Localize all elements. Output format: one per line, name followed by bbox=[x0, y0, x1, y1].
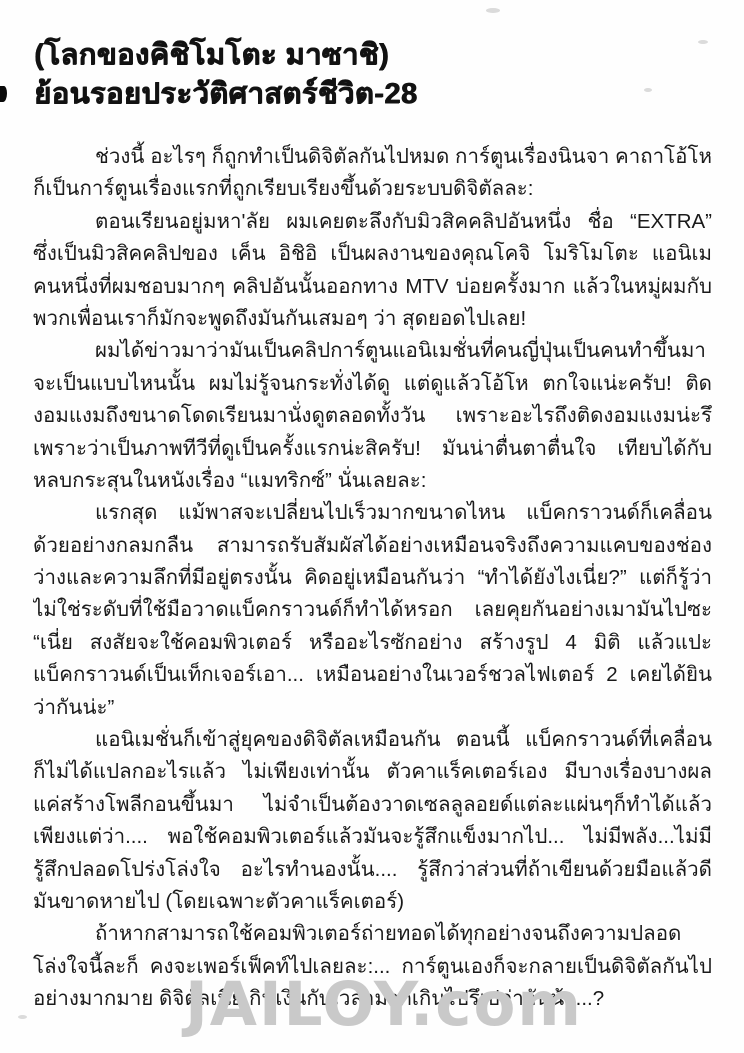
scan-speck bbox=[644, 88, 652, 92]
text-line: เพราะว่าเป็นภาพทีวีที่ดูเป็นครั้งแรกน่ะส… bbox=[33, 433, 712, 465]
text-line: คนหนึ่งที่ผมชอบมากๆ คลิปอันนั้นออกทาง MT… bbox=[33, 271, 712, 303]
text-line: แอนิเมชั่นก็เข้าสู่ยุคของดิจิตัลเหมือนกั… bbox=[33, 724, 712, 756]
text-line: แรกสุด แม้พาสจะเปลี่ยนไปเร็วมากขนาดไหน แ… bbox=[33, 497, 712, 529]
article-header: (โลกของคิชิโมโตะ มาซาชิ) ย้อนรอยประวัติศ… bbox=[34, 36, 417, 113]
scan-blot bbox=[0, 86, 7, 102]
watermark: JAILOY.com bbox=[12, 969, 744, 1040]
text-line: ตอนเรียนอยู่มหา'ลัย ผมเคยตะลึงกับมิวสิคค… bbox=[33, 206, 712, 238]
text-line: พวกเพื่อนเราก็มักจะพูดถึงมันกันเสมอๆ ว่า… bbox=[33, 303, 712, 335]
text-line: ก็ไม่ได้แปลกอะไรแล้ว ไม่เพียงเท่านั้น ตั… bbox=[33, 756, 712, 788]
text-line: ว่างและความลึกที่มีอยู่ตรงนั้น คิดอยู่เห… bbox=[33, 562, 712, 594]
text-line: งอมแงมถึงขนาดโดดเรียนมานั่งดูตลอดทั้งวัน… bbox=[33, 400, 712, 432]
text-line: ด้วยอย่างกลมกลืน สามารถรับสัมผัสได้อย่าง… bbox=[33, 530, 712, 562]
text-line: รู้สึกปลอดโปร่งโล่งใจ อะไรทำนองนั้น.... … bbox=[33, 854, 712, 886]
header-episode-title: ย้อนรอยประวัติศาสตร์ชีวิต-28 bbox=[34, 75, 417, 113]
text-line: แบ็คกราวนด์เป็นเท็กเจอร์เอา... เหมือนอย่… bbox=[33, 659, 712, 691]
scan-speck bbox=[698, 40, 708, 44]
text-line: ก็เป็นการ์ตูนเรื่องแรกที่ถูกเรียบเรียงขึ… bbox=[33, 173, 712, 205]
document-page: (โลกของคิชิโมโตะ มาซาชิ) ย้อนรอยประวัติศ… bbox=[0, 0, 744, 1053]
text-line: ถ้าหากสามารถใช้คอมพิวเตอร์ถ่ายทอดได้ทุกอ… bbox=[33, 918, 712, 950]
header-series-title: (โลกของคิชิโมโตะ มาซาชิ) bbox=[34, 36, 417, 74]
text-line: มันขาดหายไป (โดยเฉพาะตัวคาแร็คเตอร์) bbox=[33, 886, 712, 918]
text-line: ผมได้ข่าวมาว่ามันเป็นคลิปการ์ตูนแอนิเมชั… bbox=[33, 335, 712, 367]
text-line: หลบกระสุนในหนังเรื่อง “แมทริกซ์” นั่นเลย… bbox=[33, 465, 712, 497]
scan-speck bbox=[18, 1015, 27, 1019]
text-line: ไม่ใช่ระดับที่ใช้มือวาดแบ็คกราวนด์ก็ทำได… bbox=[33, 594, 712, 626]
text-line: ช่วงนี้ อะไรๆ ก็ถูกทำเป็นดิจิตัลกันไปหมด… bbox=[33, 141, 712, 173]
text-line: ซึ่งเป็นมิวสิคคลิปของ เค็น อิชิอิ เป็นผล… bbox=[33, 238, 712, 270]
text-line: ว่ากันน่ะ” bbox=[33, 692, 712, 724]
text-line: เพียงแต่ว่า.... พอใช้คอมพิวเตอร์แล้วมันจ… bbox=[33, 821, 712, 853]
text-line: “เนี่ย สงสัยจะใช้คอมพิวเตอร์ หรืออะไรซัก… bbox=[33, 627, 712, 659]
text-line: แค่สร้างโพลีกอนขึ้นมา ไม่จำเป็นต้องวาดเซ… bbox=[33, 789, 712, 821]
scan-speck bbox=[486, 8, 500, 13]
text-line: จะเป็นแบบไหนนั้น ผมไม่รู้จนกระทั่งได้ดู … bbox=[33, 368, 712, 400]
article-body: ช่วงนี้ อะไรๆ ก็ถูกทำเป็นดิจิตัลกันไปหมด… bbox=[33, 141, 712, 1016]
